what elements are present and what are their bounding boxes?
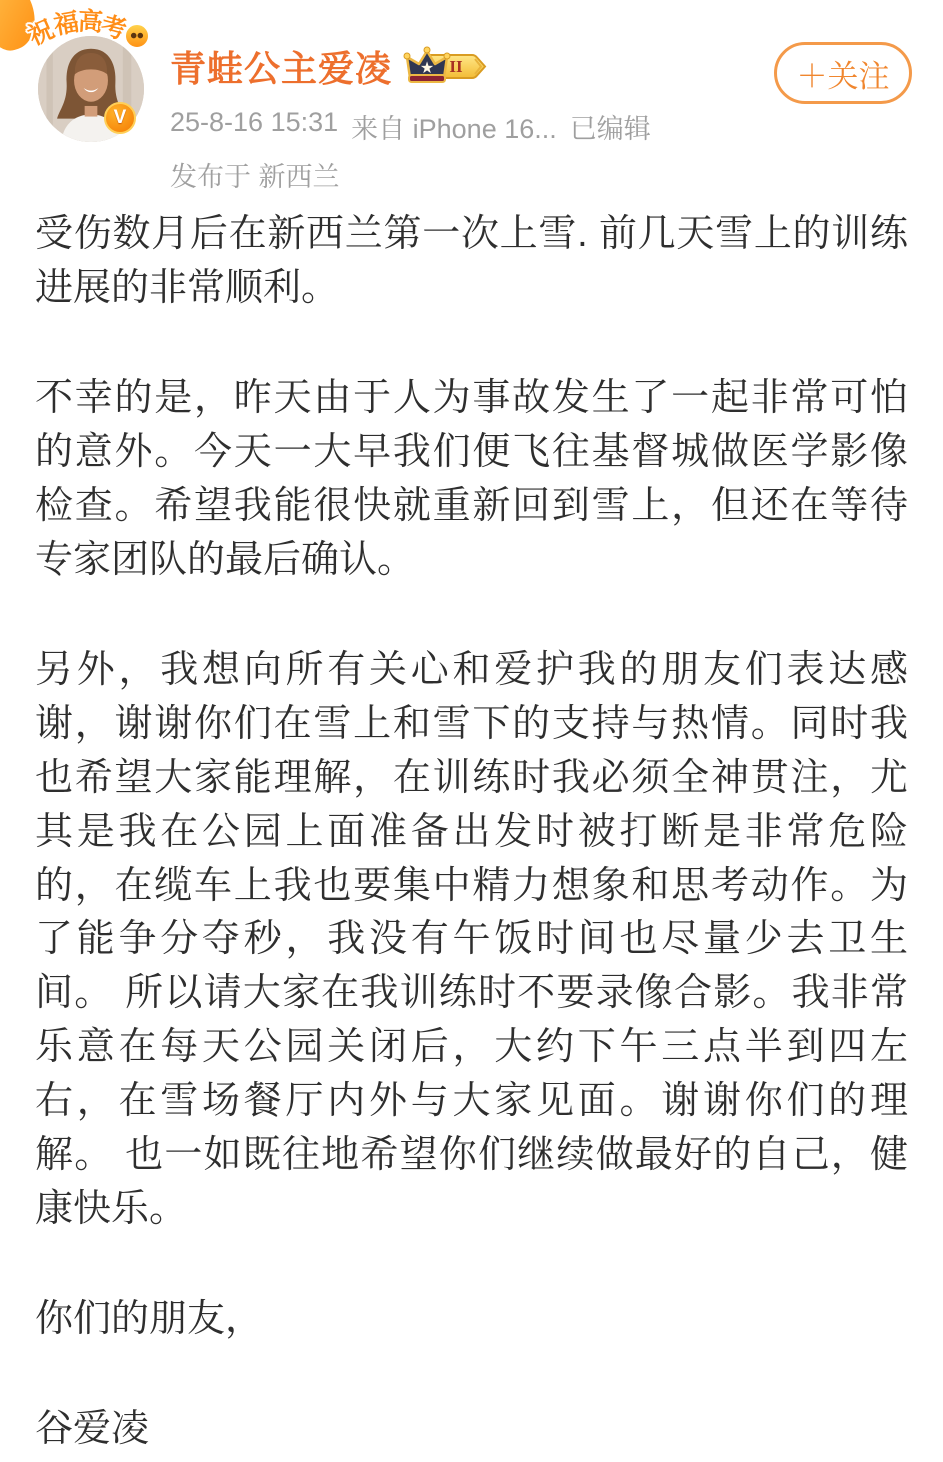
vip-level-numeral: II: [449, 57, 463, 76]
post-header: 祝 福 高 考 V 青蛙公主爱凌: [0, 0, 943, 170]
vip-crown-badge[interactable]: ★ II: [402, 42, 490, 92]
meta-row: 25-8-16 15:31 来自 iPhone 16... 已编辑: [170, 107, 651, 146]
edited-label[interactable]: 已编辑: [570, 107, 651, 146]
verified-badge-icon: V: [104, 102, 136, 134]
post-body: 受伤数月后在新西兰第一次上雪. 前几天雪上的训练进展的非常顺利。 不幸的是，昨天…: [0, 208, 943, 1457]
svg-text:★: ★: [420, 60, 434, 77]
sticker-mascot-icon: [124, 23, 150, 49]
post-signature-line: 你们的朋友，: [35, 1293, 908, 1347]
post-paragraph: 受伤数月后在新西兰第一次上雪. 前几天雪上的训练进展的非常顺利。: [35, 208, 908, 316]
username-link[interactable]: 青蛙公主爱凌: [170, 41, 392, 92]
post-paragraph: 另外，我想向所有关心和爱护我的朋友们表达感谢，谢谢你们在雪上和雪下的支持与热情。…: [35, 644, 908, 1237]
weibo-post-page: 祝 福 高 考 V 青蛙公主爱凌: [0, 0, 943, 1462]
post-source[interactable]: 来自 iPhone 16...: [351, 107, 557, 146]
post-location: 发布于 新西兰: [170, 155, 651, 194]
post-paragraph: 不幸的是，昨天由于人为事故发生了一起非常可怕的意外。今天一大早我们便飞往基督城做…: [35, 372, 908, 588]
crown-icon: ★ II: [402, 42, 490, 92]
post-timestamp: 25-8-16 15:31: [170, 107, 338, 146]
post-signature-name: 谷爱凌: [35, 1403, 908, 1457]
header-info: 青蛙公主爱凌: [170, 40, 651, 194]
name-row: 青蛙公主爱凌: [170, 40, 651, 92]
avatar-area: 祝 福 高 考 V: [38, 36, 144, 142]
follow-button[interactable]: ＋关注: [774, 42, 912, 104]
